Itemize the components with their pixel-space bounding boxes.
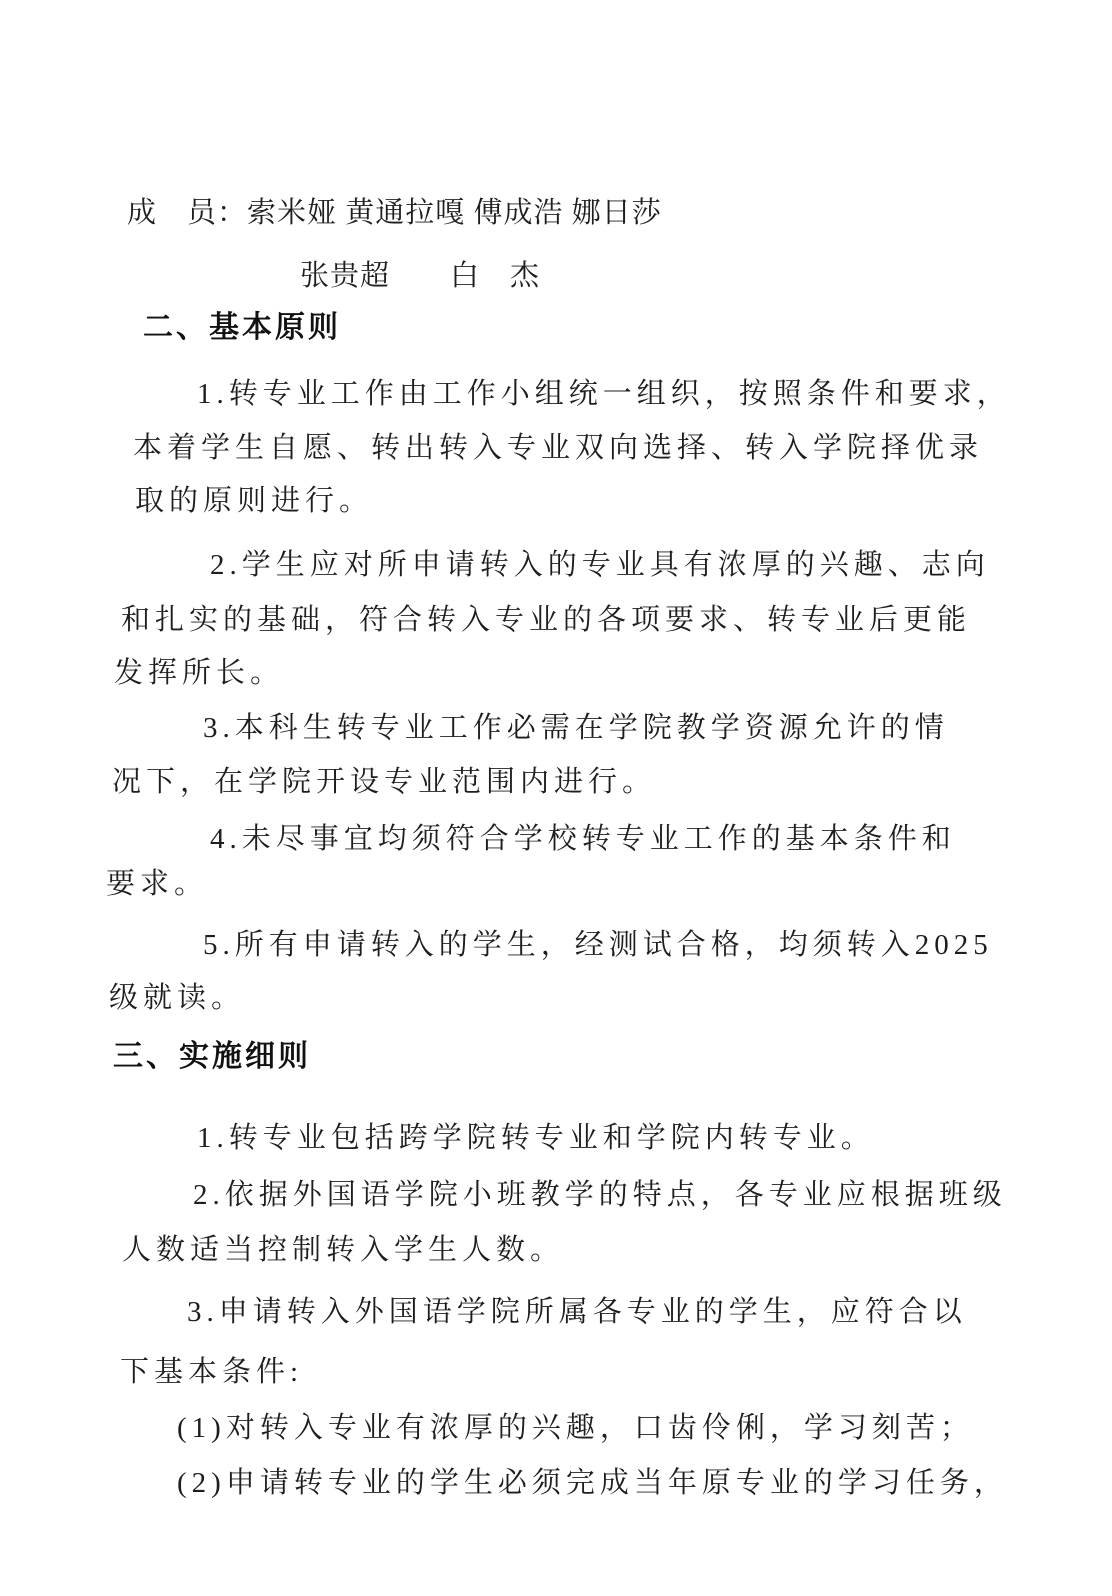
implementation-rules-line-6: (1)对转入专业有浓厚的兴趣，口齿伶俐，学习刻苦； bbox=[177, 1412, 974, 1445]
basic-principles-line-9: 4.未尽事宜均须符合学校转专业工作的基本条件和 bbox=[210, 823, 956, 856]
basic-principles-line-7: 3.本科生转专业工作必需在学院教学资源允许的情 bbox=[203, 712, 949, 745]
basic-principles-line-4: 2.学生应对所申请转入的专业具有浓厚的兴趣、志向 bbox=[210, 549, 990, 582]
basic-principles-line-11: 5.所有申请转入的学生，经测试合格，均须转入2025 bbox=[203, 929, 993, 962]
basic-principles-line-12: 级就读。 bbox=[109, 982, 245, 1015]
implementation-rules-line-3: 人数适当控制转入学生人数。 bbox=[122, 1234, 564, 1267]
basic-principles-line-3: 取的原则进行。 bbox=[135, 485, 373, 518]
implementation-rules-line-1: 1.转专业包括跨学院转专业和学院内转专业。 bbox=[197, 1122, 875, 1155]
basic-principles-line-6: 发挥所长。 bbox=[114, 657, 284, 690]
implementation-rules-line-4: 3.申请转入外国语学院所属各专业的学生，应符合以 bbox=[187, 1296, 967, 1329]
basic-principles-line-10: 要求。 bbox=[106, 868, 208, 901]
members-line-1: 成 员：索米娅 黄通拉嘎 傅成浩 娜日莎 bbox=[127, 197, 662, 230]
members-line-2: 张贵超 白 杰 bbox=[300, 260, 540, 293]
basic-principles-line-8: 况下，在学院开设专业范围内进行。 bbox=[112, 766, 656, 799]
section-heading-implementation-rules: 三、实施细则 bbox=[113, 1040, 311, 1075]
section-heading-basic-principles: 二、基本原则 bbox=[143, 311, 341, 346]
basic-principles-line-1: 1.转专业工作由工作小组统一组织，按照条件和要求， bbox=[197, 378, 1011, 411]
basic-principles-line-2: 本着学生自愿、转出转入专业双向选择、转入学院择优录 bbox=[133, 432, 983, 465]
implementation-rules-line-5: 下基本条件: bbox=[120, 1356, 303, 1389]
document-page: 成 员：索米娅 黄通拉嘎 傅成浩 娜日莎 张贵超 白 杰 二、基本原则 1.转专… bbox=[0, 0, 1112, 1596]
basic-principles-line-5: 和扎实的基础，符合转入专业的各项要求、转专业后更能 bbox=[121, 604, 971, 637]
implementation-rules-line-2: 2.依据外国语学院小班教学的特点，各专业应根据班级 bbox=[193, 1179, 1007, 1212]
implementation-rules-line-7: (2)申请转专业的学生必须完成当年原专业的学习任务， bbox=[177, 1467, 1008, 1500]
